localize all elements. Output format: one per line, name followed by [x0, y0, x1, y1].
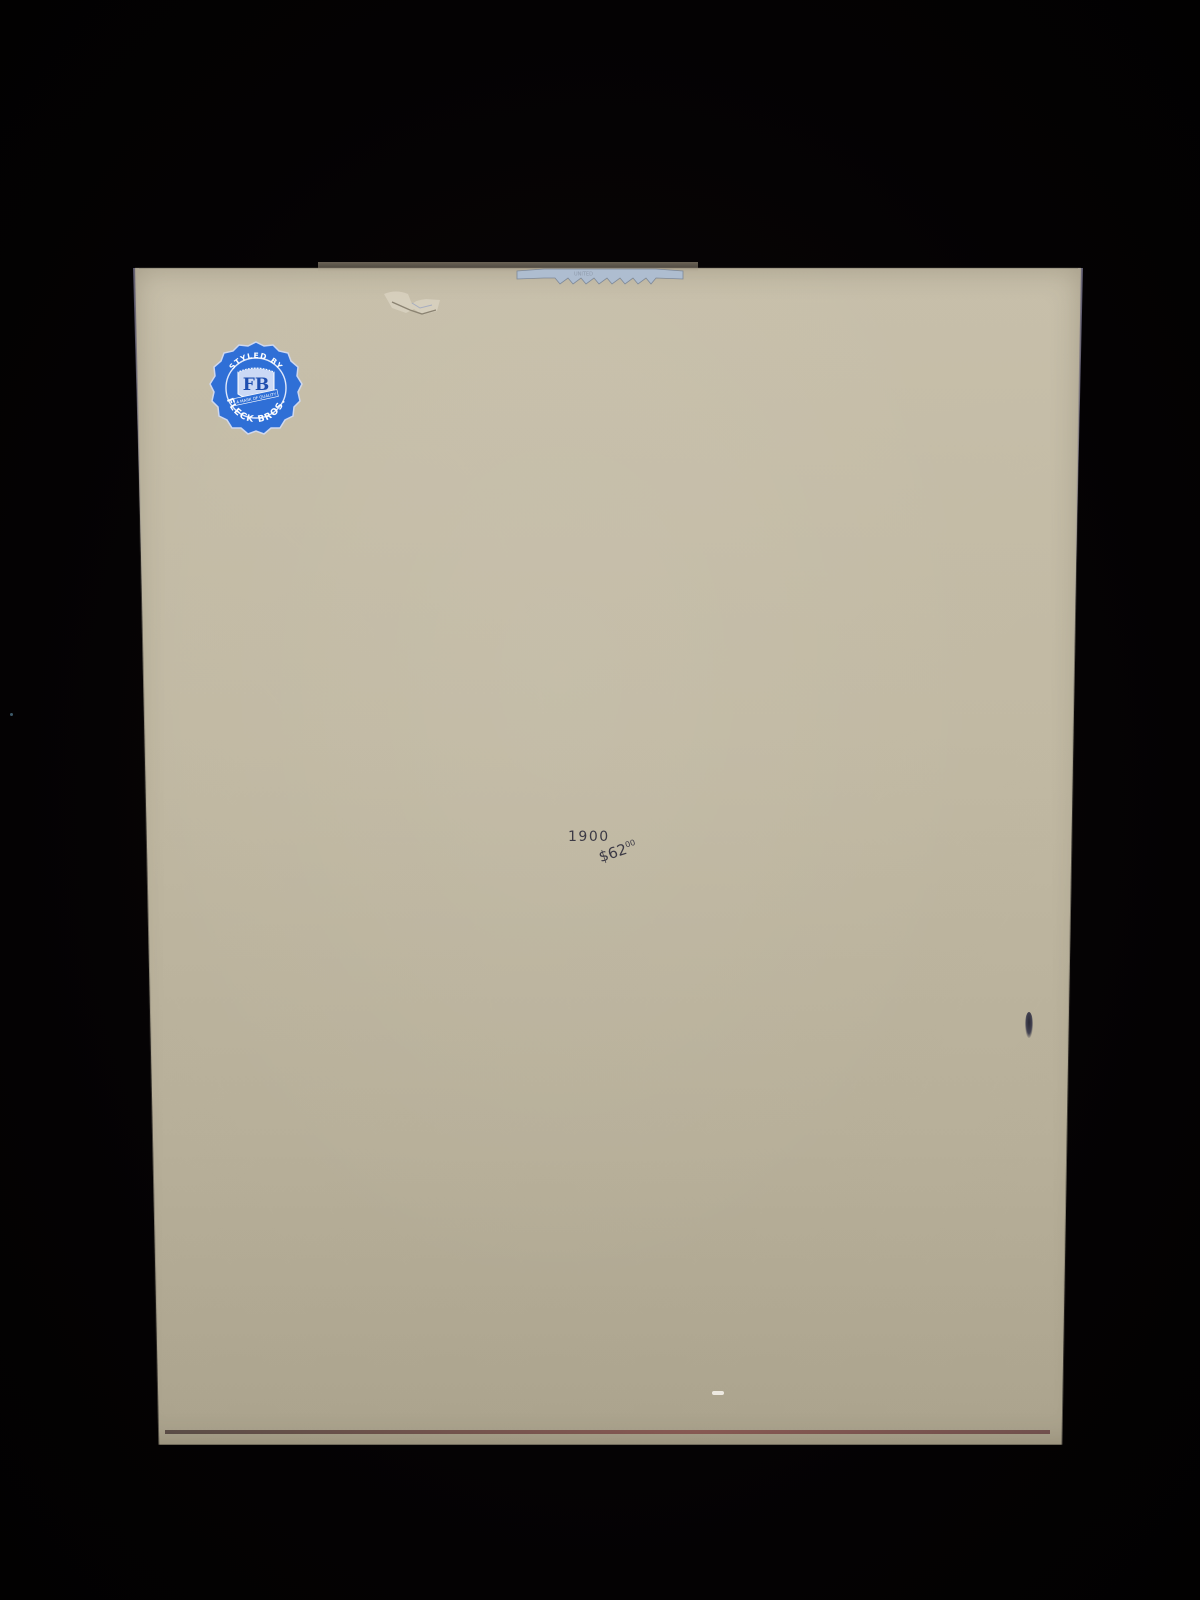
fleck-bros-sticker: FB A MARK OF QUALITY STYLED BY FLECK BRO…: [208, 340, 304, 436]
hanger-stamp-text: UNITED: [574, 272, 593, 278]
dust-speck: [10, 713, 13, 716]
backing-puncture-hole: [1025, 1012, 1033, 1038]
frame-bottom-edge: [165, 1430, 1050, 1434]
white-speck: [712, 1391, 724, 1395]
pencil-year-note: 1900: [568, 829, 610, 845]
sawtooth-hanger-icon: UNITED: [514, 262, 686, 288]
torn-paper-patch: [382, 290, 444, 318]
